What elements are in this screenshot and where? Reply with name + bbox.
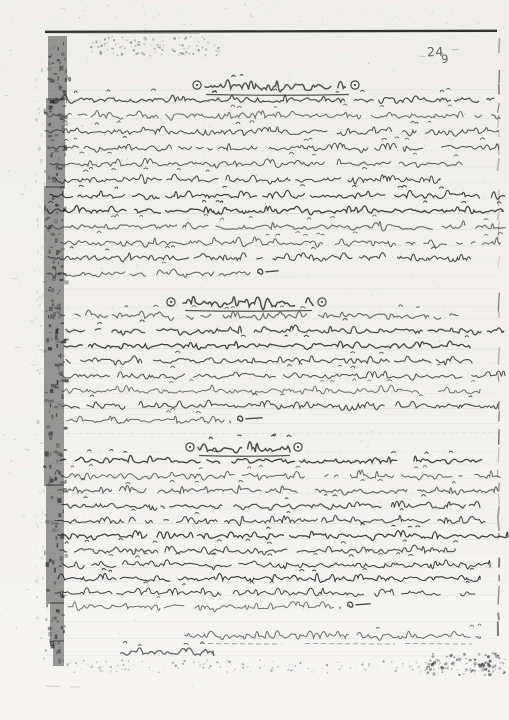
handwriting-line: [55, 515, 485, 525]
page-speck: [206, 119, 207, 120]
binding-strip-block: [46, 98, 65, 188]
page-speck: [250, 143, 252, 145]
strip-outer-speck: [40, 254, 41, 256]
top-smudge-dot: [185, 51, 187, 53]
page-speck: [204, 120, 205, 121]
page-speck: [78, 177, 79, 178]
handwriting-line: [121, 648, 214, 655]
page-speck: [36, 475, 37, 476]
page-speck: [326, 25, 327, 26]
top-smudge-dot: [97, 46, 99, 48]
page-speck: [21, 474, 22, 475]
bottom-smudge-dot: [123, 664, 125, 666]
strip-mottle: [63, 630, 65, 633]
bottom-smudge-dot: [270, 669, 273, 672]
strip-mottle: [49, 307, 53, 311]
strip-mottle: [56, 609, 60, 612]
top-smudge-dot: [111, 48, 113, 50]
top-smudge-dot: [117, 55, 119, 57]
bottom-smudge-dot: [231, 664, 232, 665]
bottom-smudge-dot: [128, 669, 130, 671]
strip-mottle: [54, 616, 56, 620]
top-smudge-dot: [162, 41, 164, 43]
strip-mottle: [49, 287, 51, 288]
bottom-smudge-dot: [226, 660, 227, 661]
strip-mottle: [49, 409, 50, 413]
page-speck: [9, 472, 10, 473]
page-speck: [73, 328, 75, 330]
strip-mottle: [58, 355, 60, 358]
diacritic-marks: [61, 478, 456, 484]
strip-mottle: [55, 134, 59, 136]
header-speck: [109, 21, 110, 22]
strip-mottle: [48, 332, 52, 333]
top-smudge-dot: [131, 46, 132, 47]
bottom-blob-dot: [484, 668, 487, 671]
diacritic-marks: [157, 596, 160, 598]
page-speck: [88, 154, 90, 156]
strip-outer-speck: [40, 638, 43, 639]
page-speck: [477, 24, 478, 25]
diacritic-marks: [376, 624, 481, 629]
strip-mottle: [48, 175, 51, 179]
bottom-smudge-dot: [354, 672, 355, 673]
bottom-blob-dot: [427, 672, 428, 673]
strip-mottle: [65, 123, 68, 126]
header-speck: [271, 29, 272, 30]
page-speck: [400, 390, 402, 392]
bottom-blob-dot: [432, 673, 435, 676]
strip-mottle: [56, 344, 58, 348]
diacritic-marks: [241, 335, 468, 337]
bottom-smudge-dot: [286, 666, 287, 667]
page-speck: [371, 431, 372, 432]
bottom-smudge-dot: [326, 672, 328, 674]
page-speck: [192, 686, 193, 687]
strip-mottle: [55, 477, 57, 481]
page-speck: [79, 17, 81, 19]
page-edge-line: [498, 447, 499, 463]
handwriting-line: [52, 174, 440, 184]
bottom-smudge-dot: [368, 663, 370, 665]
strip-outer-speck: [37, 577, 39, 579]
bottom-blob-dot: [503, 673, 504, 674]
header-speck: [225, 8, 226, 9]
strip-mottle: [60, 353, 61, 358]
header-speck: [230, 27, 231, 28]
page-speck: [122, 598, 123, 599]
bottom-blob-dot: [474, 659, 476, 661]
strip-mottle: [62, 660, 64, 663]
strip-mottle: [56, 443, 60, 448]
bottom-smudge-dot: [242, 667, 244, 669]
strip-mottle: [62, 219, 63, 221]
strip-mottle: [54, 46, 55, 49]
page-speck: [263, 3, 264, 4]
strip-mottle: [52, 260, 55, 265]
page-speck: [459, 348, 460, 349]
page-speck: [319, 364, 320, 365]
bottom-smudge-dot: [124, 668, 126, 670]
strip-mottle: [48, 347, 52, 351]
strip-mottle: [49, 465, 51, 469]
bottom-smudge-dot: [361, 663, 363, 665]
strip-outer-speck: [40, 368, 43, 370]
strip-outer-speck: [35, 118, 38, 122]
strip-mottle: [63, 355, 65, 357]
bottom-smudge-dot: [427, 663, 429, 665]
diacritic-marks: [71, 464, 427, 469]
top-smudge-dot: [107, 49, 108, 50]
strip-mottle: [64, 449, 67, 451]
bottom-blob-dot: [446, 656, 448, 658]
strip-mottle: [51, 288, 54, 292]
strip-outer-speck: [38, 345, 40, 347]
bottom-smudge-dot: [272, 661, 273, 662]
header-speck: [259, 12, 260, 13]
page-speck: [204, 136, 205, 137]
rule-line: [46, 349, 499, 350]
heading-script: [198, 442, 290, 453]
strip-outer-speck: [36, 369, 39, 371]
page-speck: [47, 609, 48, 610]
bottom-smudge-dot: [424, 669, 426, 671]
strip-mottle: [64, 339, 66, 344]
page-speck: [376, 108, 377, 109]
strip-mottle: [54, 568, 56, 573]
strip-outer-speck: [41, 246, 44, 249]
footer-underline-dashes: [305, 644, 395, 645]
bottom-blob-dot: [505, 659, 506, 660]
page-speck: [167, 421, 168, 422]
top-smudge-dot: [215, 50, 217, 52]
page-speck: [456, 383, 457, 384]
strip-mottle: [50, 453, 51, 456]
page-speck: [337, 356, 338, 357]
strip-mottle: [50, 403, 51, 407]
top-smudge-dot: [154, 48, 156, 50]
bottom-blob-dot: [481, 663, 483, 665]
strip-mottle: [60, 379, 64, 382]
handwriting-line: [48, 143, 508, 152]
bottom-smudge-dot: [142, 661, 143, 662]
page-speck: [428, 81, 429, 82]
page-speck: [306, 170, 307, 171]
strip-mottle: [57, 293, 59, 295]
top-smudge-dot: [216, 54, 218, 56]
top-smudge-dot: [119, 46, 122, 49]
strip-mottle: [56, 250, 59, 255]
diacritic-marks: [62, 88, 450, 93]
strip-mottle: [46, 562, 49, 567]
rule-line: [46, 464, 499, 465]
page-speck: [219, 220, 221, 222]
bottom-smudge-dot: [111, 672, 112, 673]
margin-speck: [9, 50, 11, 51]
strip-outer-speck: [36, 522, 37, 526]
diacritic-marks: [176, 351, 384, 353]
bottom-smudge-dot: [264, 665, 265, 666]
fongman-dot: [170, 301, 172, 303]
top-smudge-dot: [122, 45, 123, 46]
top-smudge-dot: [202, 47, 204, 49]
bottom-smudge-dot: [121, 669, 122, 670]
handwriting-line: [58, 573, 480, 582]
page-speck: [157, 158, 158, 159]
bottom-smudge-dot: [250, 671, 251, 672]
page-speck: [36, 300, 37, 301]
page-speck: [167, 514, 168, 515]
bottom-smudge-dot: [396, 667, 398, 669]
header-speck: [291, 11, 292, 12]
margin-speck: [25, 589, 29, 590]
footer-note: [121, 624, 482, 655]
page-speck: [8, 1, 9, 2]
page-speck: [472, 159, 474, 161]
bottom-blob-dot: [498, 657, 500, 659]
bottom-smudge-dot: [274, 661, 275, 662]
strip-mottle: [50, 641, 54, 646]
strip-mottle: [57, 387, 60, 389]
bottom-smudge-dot: [70, 662, 71, 663]
diacritic-marks: [63, 104, 452, 108]
page-speck: [393, 70, 395, 72]
bottom-blob-dot: [503, 670, 504, 671]
header-speck: [265, 9, 266, 10]
bottom-smudge-dot: [219, 666, 221, 668]
strip-mottle: [44, 399, 48, 402]
header-speck: [83, 17, 84, 18]
strip-mottle: [43, 281, 46, 282]
bottom-blob-dot: [458, 674, 460, 676]
page-speck: [102, 377, 103, 378]
diacritic-marks: [84, 167, 368, 171]
page-speck: [387, 362, 388, 363]
strip-mottle: [49, 559, 52, 563]
bottom-blob-dot: [444, 662, 447, 665]
strip-outer-speck: [41, 513, 43, 515]
page-speck: [19, 481, 20, 482]
paragraph-end-mark: [348, 602, 370, 607]
top-smudge-dot: [188, 54, 189, 55]
top-smudge-dot: [196, 45, 198, 47]
strip-mottle: [56, 536, 58, 540]
strip-mottle: [48, 315, 49, 318]
top-border-echo: [45, 33, 200, 34]
header-speck: [158, 14, 159, 15]
strip-outer-speck: [38, 77, 39, 79]
header-speck: [183, 24, 185, 26]
strip-outer-speck: [37, 250, 39, 254]
strip-outer-speck: [43, 121, 44, 125]
top-smudge-dot: [204, 39, 205, 40]
page-speck: [119, 633, 120, 634]
top-smudge-dot: [173, 37, 176, 40]
strip-mottle: [51, 338, 53, 341]
header-speck: [200, 26, 201, 27]
footer-underline-dashes: [200, 644, 280, 645]
page-number: 249: [427, 44, 452, 60]
bottom-smudge-dot: [392, 668, 393, 669]
bottom-smudge-dot: [169, 669, 170, 670]
strip-mottle: [59, 316, 61, 318]
manuscript-section-1: [45, 75, 508, 278]
page-speck: [260, 601, 261, 602]
strip-mottle: [59, 513, 62, 517]
page-speck: [230, 110, 232, 112]
strip-mottle: [56, 311, 60, 313]
page-speck: [77, 318, 78, 319]
bottom-smudge-dot: [96, 661, 98, 663]
strip-mottle: [45, 311, 48, 313]
top-smudge-dot: [149, 55, 151, 57]
top-smudge-dot: [143, 54, 145, 56]
page-speck: [442, 402, 443, 403]
page-speck: [284, 593, 285, 594]
diacritic-marks: [83, 495, 425, 500]
page-speck: [35, 318, 36, 319]
page-speck: [127, 159, 129, 161]
strip-mottle: [65, 153, 66, 157]
top-smudge-dot: [140, 45, 141, 46]
diacritic-marks: [90, 393, 472, 397]
bottom-smudge-dot: [101, 665, 103, 667]
page-speck: [240, 103, 241, 104]
bottom-smudge-dot: [438, 664, 440, 666]
rule-line: [46, 378, 499, 379]
handwriting-line: [57, 95, 494, 104]
bottom-smudge-dot: [339, 668, 341, 670]
page-speck: [177, 304, 179, 306]
page-speck: [1, 207, 2, 208]
top-smudge-dot: [95, 46, 96, 47]
bottom-smudge-dot: [150, 669, 151, 670]
fongman-dot: [196, 84, 198, 86]
bottom-blob-dot: [452, 661, 455, 664]
strip-mottle: [58, 157, 60, 159]
page-speck: [141, 157, 142, 158]
page-speck: [183, 352, 184, 353]
strip-outer-speck: [40, 442, 43, 444]
page-speck: [56, 183, 57, 184]
bottom-blob-dot: [487, 655, 490, 658]
top-smudge-dot: [135, 41, 136, 42]
page-speck: [444, 317, 445, 318]
bottom-blob-dot: [456, 659, 458, 661]
header-speck: [344, 24, 345, 25]
strip-outer-speck: [39, 296, 41, 300]
top-smudge-dot: [217, 47, 219, 49]
bottom-blob-dot: [458, 658, 461, 661]
strip-mottle: [60, 454, 63, 457]
bottom-blob-dot: [426, 662, 427, 663]
strip-outer-speck: [36, 86, 38, 89]
page-speck: [369, 160, 371, 162]
bottom-smudge-dot: [242, 662, 243, 663]
strip-mottle: [46, 589, 50, 591]
strip-mottle: [61, 87, 62, 88]
bottom-smudge-dot: [203, 663, 205, 665]
bottom-smudge-dot: [271, 667, 273, 669]
header-speck: [92, 26, 93, 27]
bottom-faint-dashes: [46, 686, 80, 687]
bottom-smudge-dot: [208, 667, 210, 669]
strip-outer-speck: [37, 525, 39, 528]
strip-outer-speck: [39, 521, 41, 523]
strip-outer-speck: [36, 549, 37, 551]
strip-mottle: [60, 647, 61, 649]
bottom-smudge-dot: [410, 668, 411, 669]
bottom-smudge-dot: [289, 664, 291, 666]
strip-mottle: [64, 427, 68, 430]
page-speck: [324, 401, 325, 402]
header-speck: [64, 8, 65, 9]
bottom-smudge-dot: [310, 671, 311, 672]
strip-mottle: [56, 413, 58, 417]
strip-outer-speck: [37, 463, 39, 465]
strip-mottle: [49, 324, 50, 327]
bottom-blob-dot: [436, 659, 439, 662]
page-speck: [1, 615, 2, 616]
strip-mottle: [55, 238, 58, 243]
handwriting-line: [62, 385, 480, 394]
bottom-smudge-dot: [420, 671, 421, 672]
page-speck: [428, 411, 429, 412]
bottom-smudge-dot: [241, 667, 242, 668]
strip-mottle: [50, 100, 54, 104]
strip-mottle: [54, 219, 58, 224]
bottom-smudge-dot: [175, 664, 178, 667]
bottom-smudge-dot: [314, 669, 315, 670]
strip-mottle: [58, 612, 59, 614]
top-smudge-dot: [214, 44, 215, 45]
top-smudge-dot: [181, 49, 182, 50]
strip-mottle: [45, 170, 46, 173]
page-speck: [259, 209, 260, 210]
page-speck: [437, 145, 438, 146]
bottom-blob-dot: [494, 653, 497, 656]
page-speck: [11, 20, 12, 21]
strip-mottle: [51, 620, 53, 621]
page-speck: [348, 59, 349, 60]
bottom-smudge-dot: [311, 671, 312, 672]
page-speck: [451, 139, 453, 141]
strip-mottle: [43, 466, 46, 468]
strip-mottle: [51, 154, 53, 158]
top-smudge-dot: [99, 47, 100, 48]
bottom-smudge-dot: [363, 661, 364, 662]
strip-mottle: [65, 554, 68, 558]
bottom-blob-dot: [428, 666, 430, 668]
top-smudge-dot: [197, 49, 199, 51]
strip-mottle: [55, 525, 57, 527]
page-speck: [451, 11, 452, 12]
diacritic-marks: [49, 200, 502, 203]
strip-mottle: [58, 262, 59, 264]
top-smudge-dot: [183, 53, 185, 55]
strip-mottle: [49, 400, 54, 403]
page-speck: [117, 95, 118, 96]
strip-mottle: [52, 414, 54, 418]
strip-outer-speck: [35, 434, 37, 435]
page-speck: [4, 434, 5, 435]
strip-mottle: [57, 76, 59, 81]
top-smudge-dot: [104, 45, 105, 46]
strip-mottle: [49, 432, 53, 436]
page-edge-line: [499, 38, 500, 53]
fongman-dot: [189, 446, 191, 448]
page-speck: [142, 72, 143, 73]
